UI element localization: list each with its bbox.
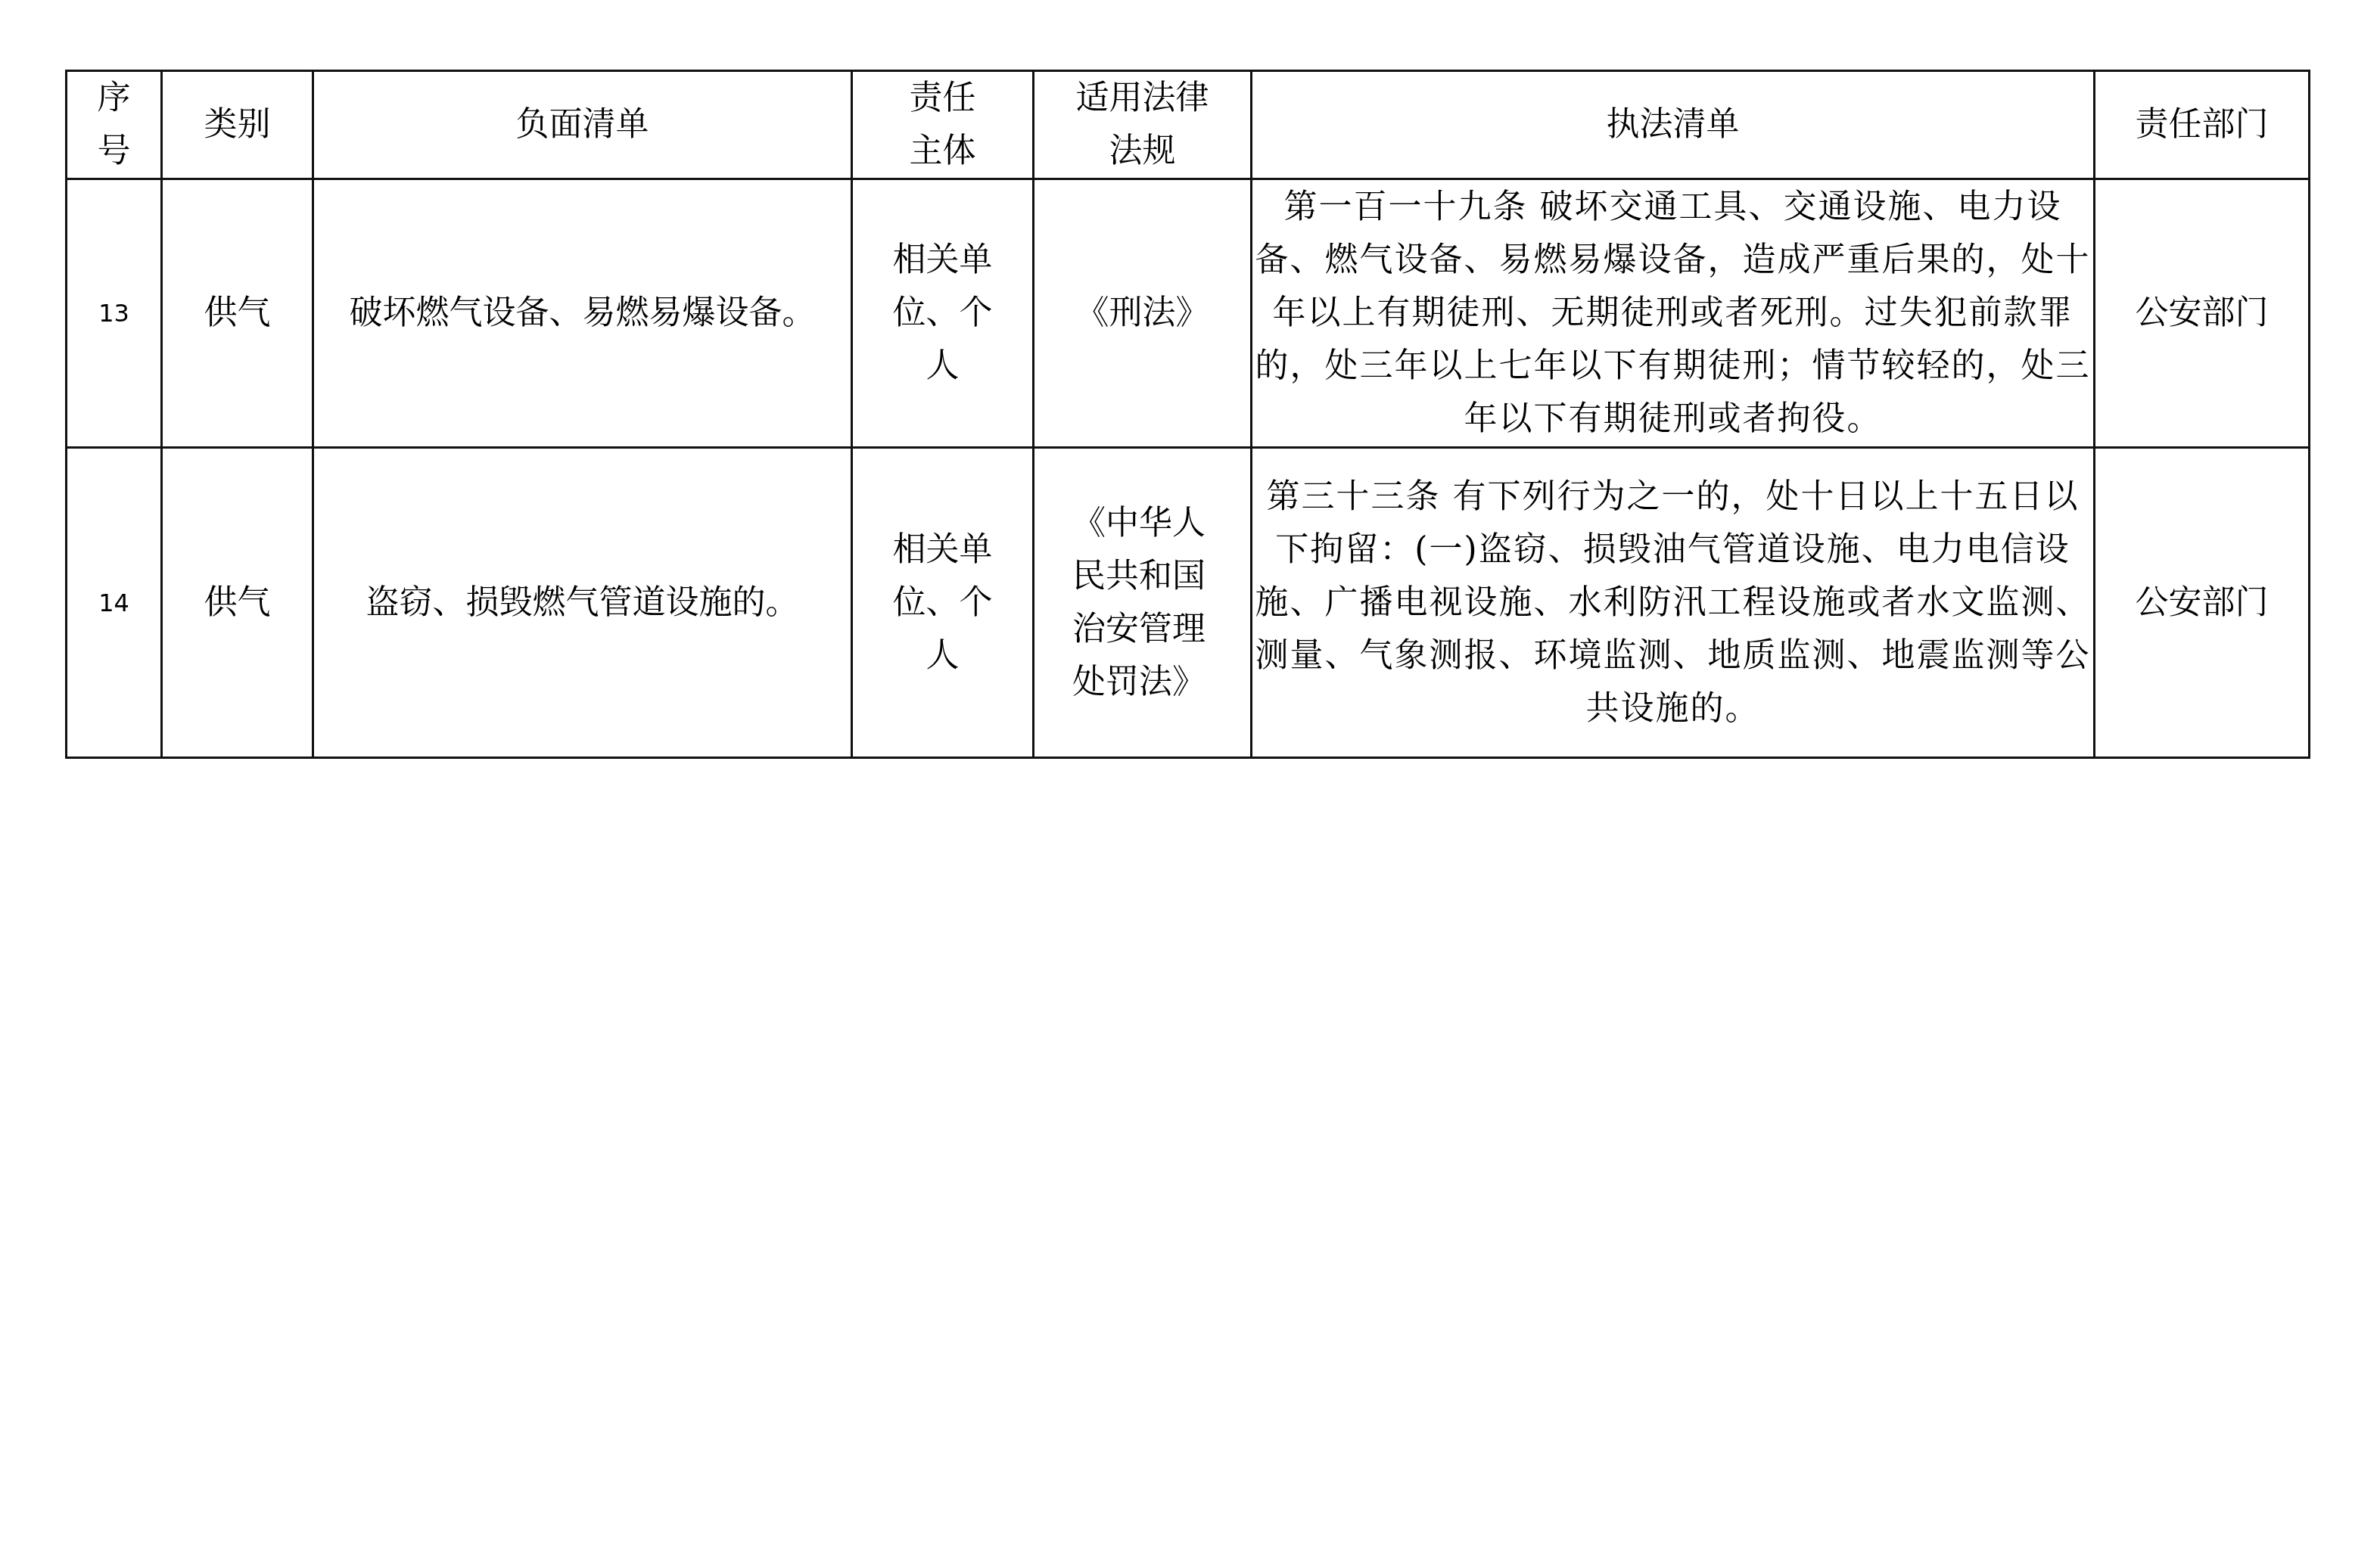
row-category: 供气	[162, 448, 313, 758]
row-enforcement-list: 第一百一十九条 破坏交通工具、交通设施、电力设备、燃气设备、易燃易爆设备，造成严…	[1252, 179, 2095, 448]
row-enforcement-list: 第三十三条 有下列行为之一的，处十日以上十五日以下拘留：(一)盗窃、损毁油气管道…	[1252, 448, 2095, 758]
header-row: 序号 类别 负面清单 责任主体 适用法律法规 执法清单 责任部门	[67, 71, 2310, 179]
row-responsible-dept: 公安部门	[2095, 448, 2310, 758]
row-responsible-party: 相关单位、个人	[852, 179, 1034, 448]
row-index: 13	[67, 179, 162, 448]
row-responsible-dept: 公安部门	[2095, 179, 2310, 448]
row-responsible-party: 相关单位、个人	[852, 448, 1034, 758]
header-responsible-dept: 责任部门	[2095, 71, 2310, 179]
row-applicable-law: 《刑法》	[1034, 179, 1252, 448]
header-category: 类别	[162, 71, 313, 179]
row-applicable-law: 《中华人民共和国治安管理处罚法》	[1034, 448, 1252, 758]
row-index: 14	[67, 448, 162, 758]
row-category: 供气	[162, 179, 313, 448]
header-negative-list: 负面清单	[313, 71, 852, 179]
table-row: 14 供气 盗窃、损毁燃气管道设施的。 相关单位、个人 《中华人民共和国治安管理…	[67, 448, 2310, 758]
table-row: 13 供气 破坏燃气设备、易燃易爆设备。 相关单位、个人 《刑法》 第一百一十九…	[67, 179, 2310, 448]
enforcement-table: 序号 类别 负面清单 责任主体 适用法律法规 执法清单 责任部门 13 供气 破…	[65, 70, 2310, 759]
row-negative-list: 破坏燃气设备、易燃易爆设备。	[313, 179, 852, 448]
header-index: 序号	[67, 71, 162, 179]
row-negative-list: 盗窃、损毁燃气管道设施的。	[313, 448, 852, 758]
header-responsible-party: 责任主体	[852, 71, 1034, 179]
header-applicable-law: 适用法律法规	[1034, 71, 1252, 179]
header-enforcement-list: 执法清单	[1252, 71, 2095, 179]
